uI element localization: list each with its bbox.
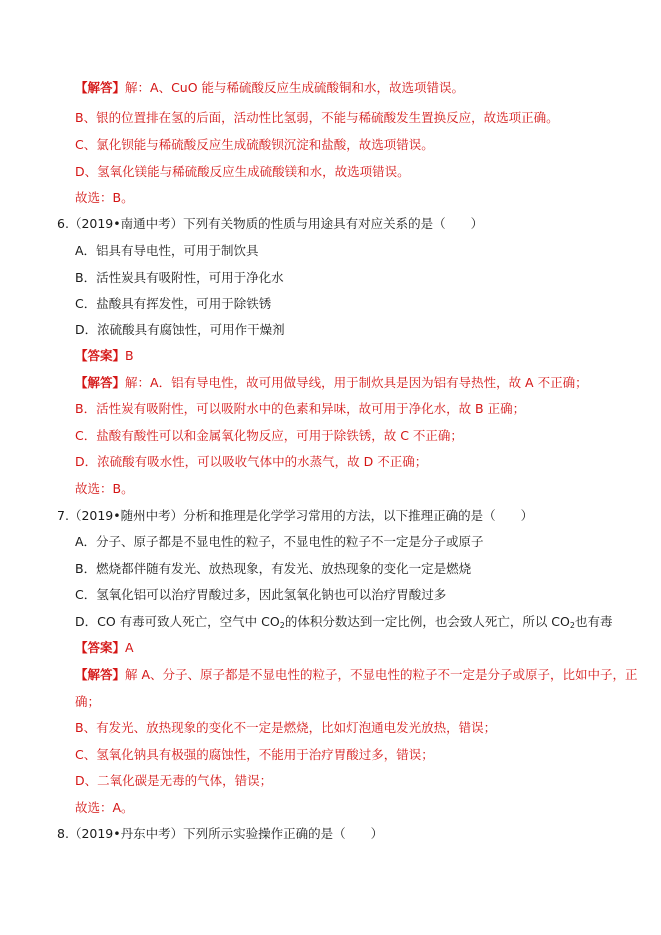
question-6-conclusion: 故选：B。 [75,479,134,499]
question-7-option-c: C．氢氧化铝可以治疗胃酸过多，因此氢氧化钠也可以治疗胃酸过多 [75,585,446,605]
question-6-explanation-line-2: B．活性炭有吸附性，可以吸附水中的色素和异味，故可用于净化水，故 B 正确； [75,399,525,419]
explanation-label: 【解答】 [75,375,125,390]
question-7-explanation-line-5: D、二氧化碳是无毒的气体，错误； [75,771,272,791]
question-number: 8. [57,826,69,841]
question-6-explanation-line-1: 【解答】解：A．铝有导电性，故可用做导线，用于制炊具是因为铝有导热性，故 A 不… [75,373,588,393]
prev-explanation-line-1: 【解答】解：A、CuO 能与稀硫酸反应生成硫酸铜和水，故选项错误。 [75,78,464,98]
question-6-option-a: A．铝具有导电性，可用于制饮具 [75,241,259,261]
answer-label: 【答案】 [75,640,125,655]
answer-value: B [125,348,134,363]
question-6-explanation-line-4: D．浓硫酸有吸水性，可以吸收气体中的水蒸气，故 D 不正确； [75,452,427,472]
question-7-explanation-line-3: B、有发光、放热现象的变化不一定是燃烧，比如灯泡通电发光放热，错误； [75,718,496,738]
question-7-explanation-line-4: C、氢氧化钠具有极强的腐蚀性，不能用于治疗胃酸过多，错误； [75,745,434,765]
question-7-conclusion: 故选：A。 [75,798,134,818]
question-6-option-d: D．浓硫酸具有腐蚀性，可用作干燥剂 [75,320,285,340]
question-6-option-b: B．活性炭具有吸附性，可用于净化水 [75,268,284,288]
question-6-option-c: C．盐酸具有挥发性，可用于除铁锈 [75,294,271,314]
answer-value: A [125,640,134,655]
explanation-label: 【解答】 [75,80,125,95]
question-7-stem: 7.（2019•随州中考）分析和推理是化学学习常用的方法，以下推理正确的是（ ） [57,506,533,526]
explanation-label: 【解答】 [75,667,125,682]
prev-explanation-line-4: D、氢氧化镁能与稀硫酸反应生成硫酸镁和水，故选项错误。 [75,162,410,182]
question-6-stem: 6.（2019•南通中考）下列有关物质的性质与用途具有对应关系的是（ ） [57,214,483,234]
prev-explanation-line-2: B、银的位置排在氢的后面，活动性比氢弱，不能与稀硫酸发生置换反应，故选项正确。 [75,108,559,128]
question-7-explanation-line-1: 【解答】解 A、分子、原子都是不显电性的粒子，不显电性的粒子不一定是分子或原子，… [75,665,638,685]
prev-conclusion: 故选：B。 [75,188,134,208]
question-8-stem: 8.（2019•丹东中考）下列所示实验操作正确的是（ ） [57,824,383,844]
question-number: 6. [57,216,69,231]
prev-explanation-line-3: C、氯化钡能与稀硫酸反应生成硫酸钡沉淀和盐酸，故选项错误。 [75,135,434,155]
question-number: 7. [57,508,69,523]
question-6-answer: 【答案】B [75,346,134,366]
question-7-option-a: A．分子、原子都是不显电性的粒子，不显电性的粒子不一定是分子或原子 [75,532,484,552]
question-7-option-d: D．CO 有毒可致人死亡，空气中 CO2的体积分数达到一定比例，也会致人死亡，所… [75,612,612,632]
question-7-explanation-line-2: 确； [75,692,100,712]
question-7-option-b: B．燃烧都伴随有发光、放热现象，有发光、放热现象的变化一定是燃烧 [75,559,471,579]
question-6-explanation-line-3: C．盐酸有酸性可以和金属氧化物反应，可用于除铁锈，故 C 不正确； [75,426,463,446]
document-page: 【解答】解：A、CuO 能与稀硫酸反应生成硫酸铜和水，故选项错误。 B、银的位置… [0,0,661,935]
answer-label: 【答案】 [75,348,125,363]
question-7-answer: 【答案】A [75,638,134,658]
